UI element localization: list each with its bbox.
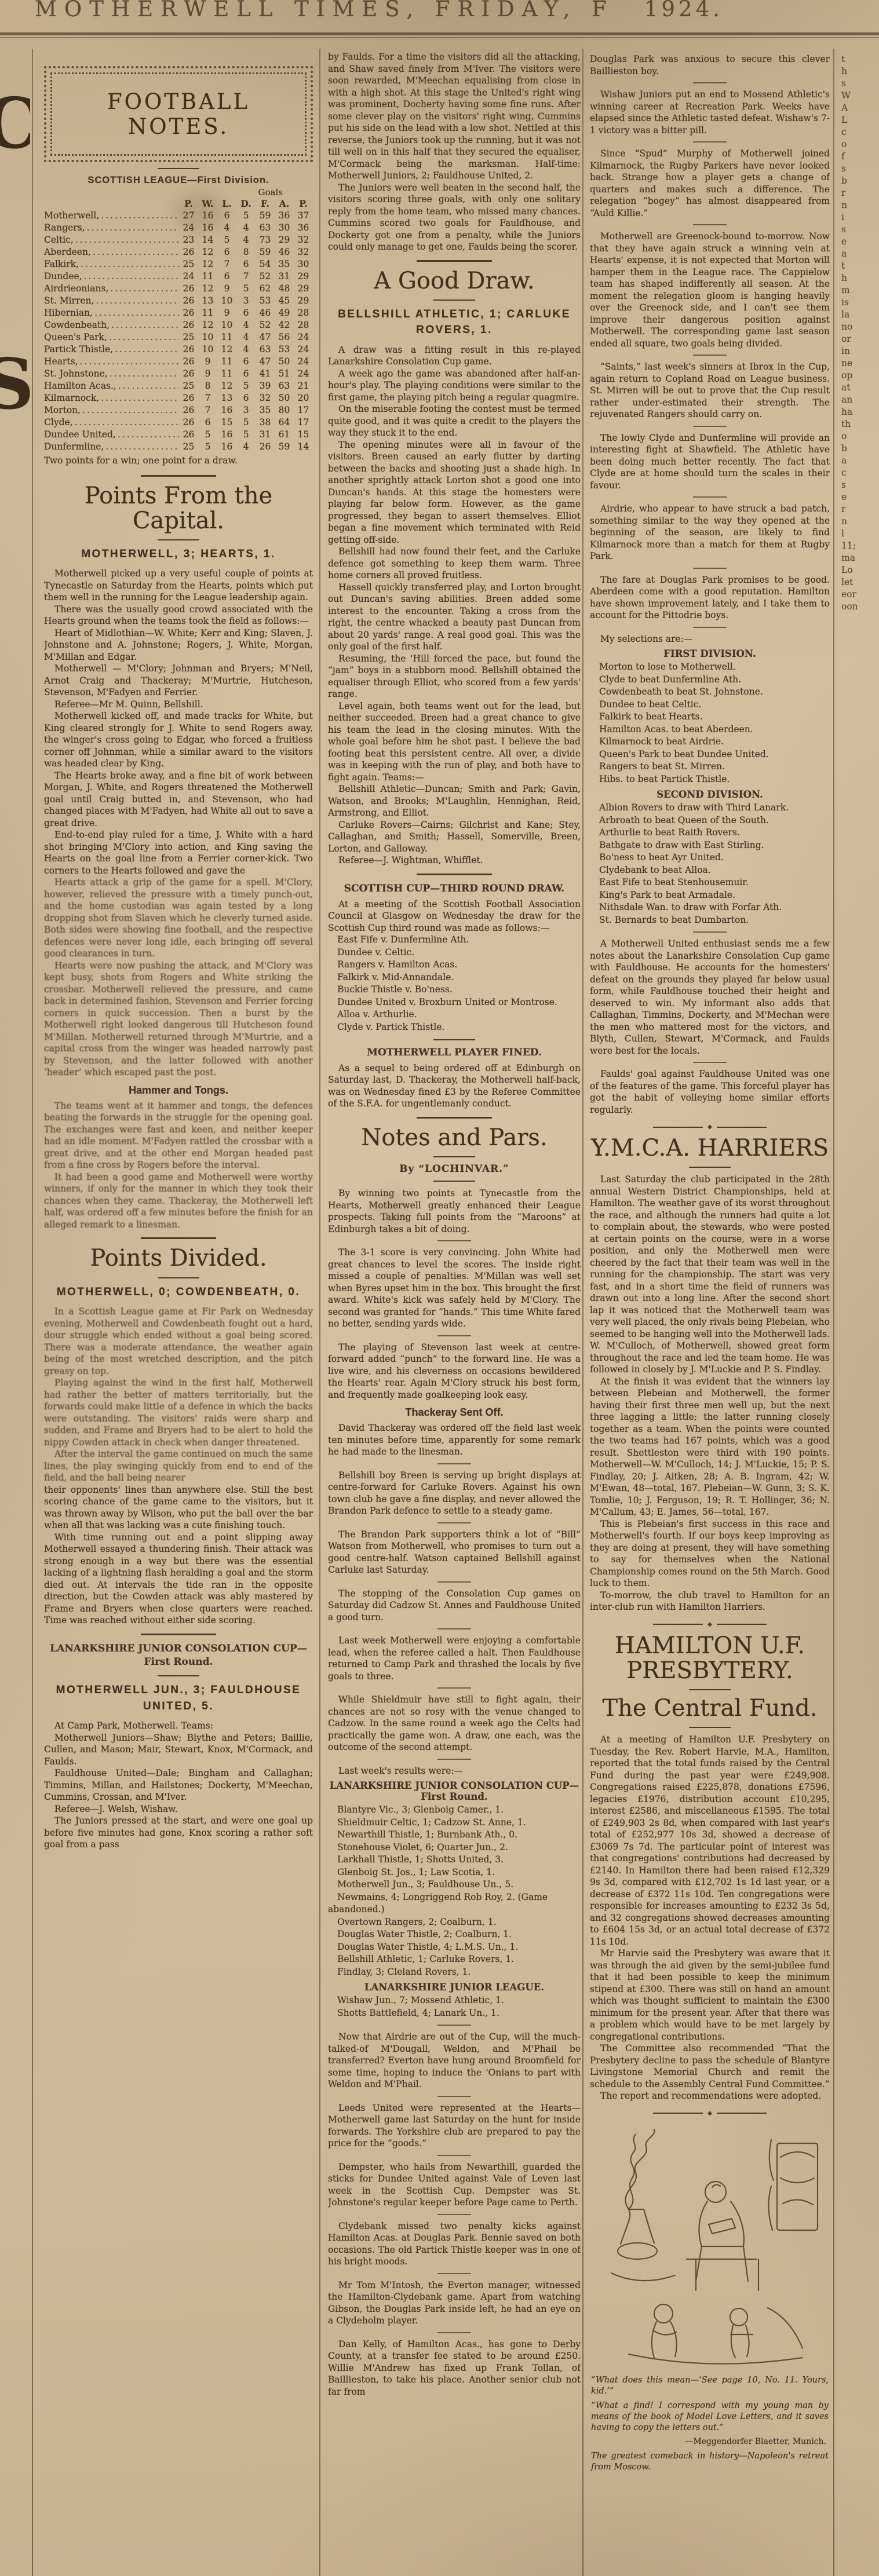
league-stat: 6 (217, 210, 236, 222)
article-paragraph: Glenboig St. Jos., 1; Law Scotia, 1. (328, 1866, 581, 1879)
article-paragraph: Rangers v. Hamilton Acas. (328, 959, 581, 971)
league-stat: 26 (179, 429, 198, 441)
masthead-rule-thin (0, 37, 879, 38)
divider (437, 2096, 471, 2097)
league-stat: 3 (236, 295, 256, 307)
scoreline-motherwell-hearts: MOTHERWELL, 3; HEARTS, 1. (46, 546, 311, 562)
league-stat: 23 (179, 234, 198, 246)
league-stat: 24 (294, 356, 313, 368)
article-paragraph: Clydebank missed two penalty kicks again… (328, 2220, 581, 2268)
team-name: Clyde, (44, 416, 73, 429)
article-paragraph: Level again, both teams went out for the… (328, 700, 581, 784)
team-name: Partick Thistle, (44, 344, 113, 356)
league-stat: 50 (275, 356, 294, 368)
selections-second-division: SECOND DIVISION. (590, 789, 830, 800)
league-row: Motherwell,.............................… (44, 210, 313, 222)
league-stat: 29 (275, 234, 294, 246)
article-paragraph: After the interval the game continued on… (44, 1448, 313, 1484)
league-stat: 16 (198, 222, 217, 234)
article-paragraph: Stonehouse Violet, 6; Quarter Jun., 2. (328, 1841, 581, 1854)
league-row: Clyde,..................................… (44, 416, 313, 429)
divider (693, 627, 727, 628)
team-name: Rangers, (44, 222, 85, 234)
column-rule-right (833, 49, 834, 2576)
team-name: Hibernian, (44, 307, 93, 319)
dot-leader: ........................................ (91, 246, 179, 258)
league-stat: 4 (236, 222, 256, 234)
league-stat: 46 (256, 307, 275, 319)
league-stat: 7 (236, 271, 256, 283)
league-row: Aberdeen,...............................… (44, 246, 313, 258)
dot-leader: ........................................ (116, 380, 179, 392)
dot-leader: ........................................ (81, 404, 179, 416)
league-stat: 26 (179, 283, 198, 295)
article-paragraph: Clyde to beat Dunfermline Ath. (590, 674, 830, 686)
article-paragraph: East Fife to beat Stenhousemuir. (590, 876, 830, 889)
divider (437, 1522, 471, 1523)
article-paragraph: Hamilton Acas. to beat Aberdeen. (590, 724, 830, 736)
league-stat: 32 (294, 246, 313, 258)
league-stat: 53 (275, 344, 294, 356)
ornament-divider: ◆ (590, 2110, 830, 2117)
league-stat: 26 (179, 392, 198, 404)
article-paragraph: Airdrie, who appear to have struck a bad… (590, 503, 830, 562)
article-paragraph: The report and recommendations were adop… (590, 2090, 830, 2102)
article-paragraph: The Brandon Park supporters think a lot … (328, 1529, 581, 1576)
article-paragraph: “Saints,” last week's sinners at Ibrox i… (590, 361, 830, 421)
headline-points-from-the-capital: Points From the Capital. (44, 484, 313, 534)
football-notes-box: FOOTBALL NOTES. (44, 66, 313, 162)
league-stat: 35 (256, 404, 275, 416)
divider (141, 1634, 216, 1635)
dot-leader: ........................................ (74, 234, 179, 246)
league-stat: 12 (217, 380, 236, 392)
team-name: Queen's Park, (44, 331, 107, 344)
article-paragraph: Mr Harvie said the Presbytery was aware … (590, 1947, 830, 2042)
divider (158, 168, 199, 169)
league-stat: 5 (236, 283, 256, 295)
article-paragraph: Arbroath to beat Queen of the South. (590, 814, 830, 827)
article-paragraph: Bellshill Athletic, 1; Carluke Rovers, 1… (328, 1953, 581, 1966)
league-stat: 16 (217, 404, 236, 416)
article-paragraph: Albion Rovers to draw with Third Lanark. (590, 802, 830, 814)
article-paragraph: The teams went at it hammer and tongs, t… (44, 1100, 313, 1171)
scoreline-motherwell-cowdenbeath: MOTHERWELL, 0; COWDENBEATH, 0. (46, 1284, 311, 1300)
league-stat: 29 (294, 283, 313, 295)
league-stat: 11 (198, 271, 217, 283)
league-row: Dundee,.................................… (44, 271, 313, 283)
dot-leader: ........................................ (110, 319, 179, 331)
article-paragraph: The opening minutes were all in favour o… (328, 439, 581, 546)
article-paragraph: The 3-1 score is very convincing. John W… (328, 1247, 581, 1330)
league-stat: 32 (294, 234, 313, 246)
league-stat: 26 (179, 295, 198, 307)
article-paragraph: A week ago the game was abandoned after … (328, 368, 581, 404)
scoreline-bellshill-carluke: BELLSHILL ATHLETIC, 1; CARLUKE ROVERS, 1… (330, 306, 578, 338)
headline-lanarkshire-consolation-cup: LANARKSHIRE JUNIOR CONSOLATION CUP—First… (44, 1642, 313, 1670)
team-name: Airdrieonians, (44, 283, 108, 295)
article-paragraph: Heart of Midlothian—W. White; Kerr and K… (44, 627, 313, 663)
masthead-year: 1924. (644, 0, 723, 21)
article-paragraph: On the miserable footing the contest mus… (328, 403, 581, 439)
article-paragraph: Playing against the wind in the first ha… (44, 1377, 313, 1448)
divider (433, 299, 475, 301)
league-stat: 24 (294, 344, 313, 356)
article-paragraph: Newarthill Thistle, 1; Burnbank Ath., 0. (328, 1829, 581, 1841)
article-paragraph: Motherwell are Greenock-bound to-morrow.… (590, 231, 830, 349)
article-paragraph: The stopping of the Consolation Cup game… (328, 1588, 581, 1624)
cartoon-panel: “What does this mean—‘See page 10, No. 1… (590, 2122, 830, 2473)
divider (437, 1759, 471, 1760)
article-paragraph: Referee—J. Wightman, Whifflet. (328, 854, 581, 867)
article-paragraph: Bellshill had now found their feet, and … (328, 546, 581, 582)
league-stat: 26 (179, 307, 198, 319)
league-stat: 9 (217, 283, 236, 295)
article-paragraph: Motherwell Jun., 3; Fauldhouse Un., 5. (328, 1879, 581, 1891)
league-stat: 6 (198, 416, 217, 429)
league-stat: 47 (256, 356, 275, 368)
divider (693, 568, 727, 569)
headline-points-divided: Points Divided. (44, 1246, 313, 1271)
article-paragraph: The lowly Clyde and Dunfermline will pro… (590, 432, 830, 492)
league-row: Dunfermline,............................… (44, 441, 313, 453)
article-paragraph: Nithsdale Wan. to draw with Forfar Ath. (590, 901, 830, 914)
article-paragraph: by Faulds. For a time the visitors did a… (328, 51, 581, 182)
article-paragraph: End-to-end play ruled for a time, J. Whi… (44, 829, 313, 876)
headline-notes-and-pars: Notes and Pars. (328, 1126, 581, 1150)
team-name: Hearts, (44, 356, 78, 368)
league-row: Queen's Park,...........................… (44, 331, 313, 344)
league-stat: 53 (256, 295, 275, 307)
league-table-title: SCOTTISH LEAGUE—First Division. (44, 175, 313, 186)
article-paragraph: Leeds United were represented at the Hea… (328, 2102, 581, 2150)
article-paragraph: Kilmarnock to beat Airdrie. (590, 736, 830, 748)
league-stat: 29 (294, 295, 313, 307)
league-col-header: W. (198, 198, 217, 210)
article-paragraph: East Fife v. Dunfermline Ath. (328, 934, 581, 947)
league-stat: 62 (256, 283, 275, 295)
divider (417, 874, 492, 875)
league-stat: 32 (256, 392, 275, 404)
article-paragraph: Faulds' goal against Fauldhouse United w… (590, 1068, 830, 1116)
article-paragraph: Resuming, the 'Hill forced the pace, but… (328, 653, 581, 700)
league-stat: 5 (236, 429, 256, 441)
article-paragraph: Dundee United v. Broxburn United or Mont… (328, 996, 581, 1009)
article-paragraph: Since “Spud” Murphy of Motherwell joined… (590, 148, 830, 219)
masthead-rule-thick (0, 32, 879, 35)
divider (693, 426, 727, 427)
league-stat: 59 (275, 441, 294, 453)
league-col-header: D. (236, 198, 256, 210)
article-paragraph: Last Saturday the club participated in t… (590, 1174, 830, 1376)
scoreline-motherwell-jun-fauldhouse: MOTHERWELL JUN., 3; FAULDHOUSE UNITED, 5… (46, 1682, 311, 1714)
subhead-thackeray-sent-off: Thackeray Sent Off. (328, 1406, 581, 1419)
league-stat: 12 (198, 283, 217, 295)
dot-leader: ........................................ (82, 271, 179, 283)
league-stat: 64 (275, 416, 294, 429)
divider (693, 141, 727, 142)
league-stat: 7 (217, 258, 236, 271)
league-stat: 6 (236, 368, 256, 380)
league-stat: 50 (275, 392, 294, 404)
league-stat: 8 (236, 246, 256, 258)
league-stat: 48 (275, 283, 294, 295)
masthead-title: MOTHERWELL TIMES, FRIDAY, F (35, 0, 614, 21)
divider (689, 1689, 731, 1690)
league-stat: 25 (179, 441, 198, 453)
dot-leader: ........................................ (104, 441, 179, 453)
article-paragraph: St. Bernards to beat Dumbarton. (590, 914, 830, 927)
league-stat: 36 (275, 210, 294, 222)
league-stat: 9 (198, 368, 217, 380)
team-name: Cowdenbeath, (44, 319, 110, 331)
article-paragraph: Motherwell — M'Clory; Johnman and Bryers… (44, 663, 313, 699)
league-row: Partick Thistle,........................… (44, 344, 313, 356)
league-col-header: P. (294, 198, 313, 210)
league-stat: 59 (256, 210, 275, 222)
column-1: FOOTBALL NOTES. SCOTTISH LEAGUE—First Di… (44, 58, 313, 2576)
divider (689, 1727, 731, 1728)
league-table: SCOTTISH LEAGUE—First Division. Goals P.… (44, 175, 313, 466)
league-stat: 10 (217, 295, 236, 307)
article-paragraph: Last week Motherwell were enjoying a com… (328, 1635, 581, 1682)
divider (693, 1062, 727, 1063)
league-goals-label: Goals (44, 187, 313, 198)
article-paragraph: Carluke Rovers—Cairns; Gilchrist and Kan… (328, 819, 581, 855)
league-table-note: Two points for a win; one point for a dr… (44, 455, 313, 466)
article-paragraph: As a sequel to being ordered off at Edin… (328, 1062, 581, 1110)
cartoon-caption: The greatest comeback in history—Napoleo… (591, 2451, 829, 2473)
article-paragraph: While Shieldmuir have still to fight aga… (328, 1694, 581, 1753)
divider (437, 2273, 471, 2274)
article-paragraph: Overtown Rangers, 2; Coalburn, 1. (328, 1916, 581, 1929)
article-paragraph: Alloa v. Arthurlie. (328, 1009, 581, 1021)
league-stat: 14 (198, 234, 217, 246)
article-paragraph: Clyde v. Partick Thistle. (328, 1021, 581, 1034)
league-stat: 29 (294, 271, 313, 283)
article-paragraph: Morton to lose to Motherwell. (590, 661, 830, 674)
league-stat: 6 (217, 271, 236, 283)
league-stat: 12 (198, 258, 217, 271)
team-name: Dunfermline, (44, 441, 104, 453)
league-stat: 24 (294, 331, 313, 344)
article-paragraph: Motherwell Juniors—Shaw; Blythe and Pete… (44, 1732, 313, 1768)
league-row: Rangers,................................… (44, 222, 313, 234)
cut-off-letter: C (0, 89, 30, 159)
article-paragraph: The fare at Douglas Park promises to be … (590, 574, 830, 622)
headline-scottish-cup-draw: SCOTTISH CUP—THIRD ROUND DRAW. (328, 882, 581, 896)
dot-leader: ........................................ (73, 416, 179, 429)
league-stat: 26 (256, 441, 275, 453)
article-paragraph: It had been a good game and Motherwell w… (44, 1171, 313, 1231)
cartoon-illustration (594, 2122, 826, 2372)
league-stat: 17 (294, 416, 313, 429)
article-paragraph: A draw was a fitting result in this re-p… (328, 344, 581, 368)
article-paragraph: Dundee v. Celtic. (328, 947, 581, 959)
headline-ymca-harriers: Y.M.C.A. HARRIERS (590, 1136, 830, 1161)
divider (437, 1687, 471, 1689)
article-paragraph: Bellshill boy Breen is serving up bright… (328, 1470, 581, 1517)
article-paragraph: There was the usually good crowd associa… (44, 604, 313, 627)
divider (437, 2332, 471, 2333)
article-paragraph: Hearts were now pushing the attack, and … (44, 960, 313, 1079)
divider (693, 355, 727, 356)
divider (433, 1156, 475, 1157)
team-name: Aberdeen, (44, 246, 91, 258)
league-stat: 24 (179, 271, 198, 283)
headline-motherwell-player-fined: MOTHERWELL PLAYER FINED. (328, 1046, 581, 1060)
divider (437, 2155, 471, 2156)
divider (693, 82, 727, 83)
league-stat: 45 (275, 295, 294, 307)
league-stat: 5 (217, 234, 236, 246)
league-stat: 26 (179, 356, 198, 368)
league-stat: 26 (179, 416, 198, 429)
dot-leader: ........................................ (113, 344, 179, 356)
league-stat: 9 (217, 307, 236, 319)
article-paragraph: At the finish it was evident that the wi… (590, 1376, 830, 1518)
league-row: Hearts,.................................… (44, 356, 313, 368)
article-paragraph: Wishaw Juniors put an end to Mossend Ath… (590, 89, 830, 136)
article-paragraph: Shotts Battlefield, 4; Lanark Un., 1. (328, 2007, 581, 2020)
league-stat: 41 (256, 368, 275, 380)
league-stat: 7 (198, 404, 217, 416)
league-stat: 5 (198, 441, 217, 453)
results-head-junior-league: LANARKSHIRE JUNIOR LEAGUE. (328, 1982, 581, 1993)
article-paragraph: Referee—J. Welsh, Wishaw. (44, 1803, 313, 1815)
league-stat: 14 (294, 441, 313, 453)
article-paragraph: Findlay, 3; Cleland Rovers, 1. (328, 1966, 581, 1979)
article-paragraph: At a meeting of the Scottish Football As… (328, 898, 581, 934)
dot-leader: ........................................ (94, 295, 179, 307)
divider (141, 475, 216, 477)
headline-central-fund: The Central Fund. (590, 1696, 830, 1721)
divider (433, 1181, 475, 1182)
league-stat: 4 (236, 344, 256, 356)
dot-leader: ........................................ (93, 307, 179, 319)
league-stat: 16 (217, 429, 236, 441)
team-name: Dundee, (44, 271, 82, 283)
article-paragraph: The playing of Stevenson last week at ce… (328, 1342, 581, 1401)
league-stat: 25 (179, 331, 198, 344)
league-stat: 5 (236, 416, 256, 429)
article-paragraph: Newmains, 4; Longriggend Rob Roy, 2. (Ga… (328, 1891, 581, 1916)
league-row: Cowdenbeath,............................… (44, 319, 313, 331)
league-stat: 63 (275, 380, 294, 392)
article-paragraph: Dempster, who hails from Newarthill, gua… (328, 2161, 581, 2209)
dot-leader: ........................................ (99, 210, 179, 222)
league-stat: 25 (179, 380, 198, 392)
team-name: Celtic, (44, 234, 74, 246)
league-stat: 13 (198, 295, 217, 307)
divider (437, 1581, 471, 1583)
article-paragraph: Buckie Thistle v. Bo'ness. (328, 984, 581, 996)
league-stat: 12 (198, 246, 217, 258)
article-paragraph: Bellshill Athletic—Duncan; Smith and Par… (328, 783, 581, 819)
league-stat: 39 (256, 380, 275, 392)
article-paragraph: My selections are:— (590, 633, 830, 645)
league-stat: 61 (275, 429, 294, 441)
league-stat: 12 (217, 344, 236, 356)
column-2: by Faulds. For a time the visitors did a… (328, 51, 581, 2576)
league-stat: 51 (275, 368, 294, 380)
article-paragraph: Arthurlie to beat Raith Rovers. (590, 827, 830, 839)
league-row: Dundee United,..........................… (44, 429, 313, 441)
article-paragraph: Now that Airdrie are out of the Cup, wil… (328, 2031, 581, 2091)
team-name: Hamilton Acas., (44, 380, 116, 392)
dot-leader: ........................................ (79, 258, 179, 271)
team-name: Motherwell, (44, 210, 99, 222)
league-stat: 4 (217, 222, 236, 234)
article-paragraph: To-morrow, the club travel to Hamilton f… (590, 1590, 830, 1613)
league-row: Celtic,.................................… (44, 234, 313, 246)
league-stat: 25 (179, 258, 198, 271)
article-paragraph: Dan Kelly, of Hamilton Acas., has gone t… (328, 2339, 581, 2398)
cartoon-caption: “What a find! I correspond with my young… (591, 2400, 829, 2434)
league-stat: 30 (275, 222, 294, 234)
article-paragraph: The Hearts broke away, and a fine bit of… (44, 770, 313, 830)
team-name: Morton, (44, 404, 81, 416)
league-stat: 47 (256, 331, 275, 344)
dot-leader: ........................................ (78, 356, 179, 368)
divider (433, 1039, 475, 1040)
league-stat: 28 (294, 319, 313, 331)
league-stat: 42 (275, 319, 294, 331)
league-stat: 26 (179, 246, 198, 258)
divider (417, 1117, 492, 1119)
league-stat: 15 (217, 416, 236, 429)
league-stat: 16 (198, 210, 217, 222)
league-stat: 80 (275, 404, 294, 416)
divider (437, 1335, 471, 1336)
league-stat: 4 (236, 331, 256, 344)
divider (689, 1167, 731, 1168)
league-row: St. Mirren,.............................… (44, 295, 313, 307)
article-paragraph: By winning two points at Tynecastle from… (328, 1187, 581, 1235)
article-paragraph: Bathgate to draw with East Stirling. (590, 839, 830, 852)
divider (437, 1628, 471, 1629)
league-col-header: P. (179, 198, 198, 210)
divider (437, 1463, 471, 1464)
league-stat: 11 (217, 356, 236, 368)
headline-hamilton-uf-presbytery: HAMILTON U.F. PRESBYTERY. (590, 1634, 830, 1683)
league-stat: 7 (198, 392, 217, 404)
article-paragraph: Falkirk to beat Hearts. (590, 711, 830, 724)
league-stat: 9 (198, 356, 217, 368)
dot-leader: ........................................ (85, 222, 179, 234)
divider (437, 1240, 471, 1241)
article-paragraph: Motherwell kicked off, and made tracks f… (44, 710, 313, 770)
column-rule-left (32, 49, 33, 2576)
article-paragraph: Fauldhouse United—Dale; Bingham and Call… (44, 1767, 313, 1803)
divider (437, 2025, 471, 2026)
dot-leader: ........................................ (108, 368, 179, 380)
league-stat: 26 (179, 344, 198, 356)
article-paragraph: David Thackeray was ordered off the fiel… (328, 1422, 581, 1458)
league-stat: 59 (256, 246, 275, 258)
article-paragraph: Mr Tom M'Intosh, the Everton manager, wi… (328, 2279, 581, 2327)
team-name: Falkirk, (44, 258, 79, 271)
article-paragraph: Douglas Water Thistle, 4; L.M.S. Un., 1. (328, 1941, 581, 1954)
article-paragraph: Queen's Park to beat Dundee United. (590, 748, 830, 761)
league-stat: 11 (217, 331, 236, 344)
league-row: Kilmarnock,.............................… (44, 392, 313, 404)
article-paragraph: Douglas Water Thistle, 2; Coalburn, 1. (328, 1928, 581, 1941)
divider (158, 1675, 199, 1676)
league-stat: 17 (294, 404, 313, 416)
dot-leader: ........................................ (116, 429, 179, 441)
dot-leader: ........................................ (107, 331, 179, 344)
